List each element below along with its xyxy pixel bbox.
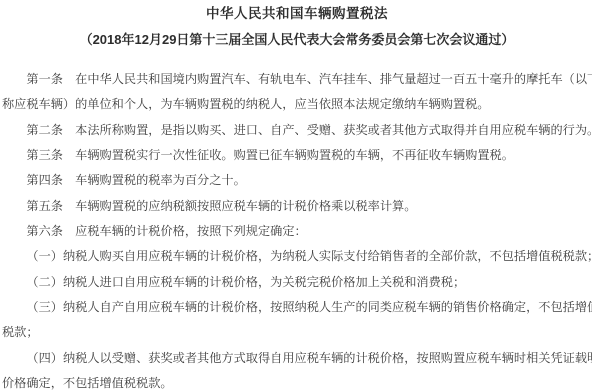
article-line: 第五条 车辆购置税的应纳税额按照应税车辆的计税价格乘以税率计算。	[2, 194, 592, 219]
article-line: （二）纳税人进口自用应税车辆的计税价格，为关税完税价格加上关税和消费税；	[2, 270, 592, 295]
article-line: （一）纳税人购买自用应税车辆的计税价格，为纳税人实际支付给销售者的全部价款，不包…	[2, 244, 592, 269]
document-body: 第一条 在中华人民共和国境内购置汽车、有轨电车、汽车挂车、排气量超过一百五十毫升…	[2, 67, 592, 390]
document-subtitle: （2018年12月29日第十三届全国人民代表大会常务委员会第七次会议通过）	[2, 31, 592, 48]
article-line: 第三条 车辆购置税实行一次性征收。购置已征车辆购置税的车辆，不再征收车辆购置税。	[2, 143, 592, 168]
article-line: 称应税车辆）的单位和个人，为车辆购置税的纳税人，应当依照本法规定缴纳车辆购置税。	[2, 92, 592, 117]
article-line: （四）纳税人以受赠、获奖或者其他方式取得自用应税车辆的计税价格，按照购置应税车辆…	[2, 346, 592, 371]
article-line: 第一条 在中华人民共和国境内购置汽车、有轨电车、汽车挂车、排气量超过一百五十毫升…	[2, 67, 592, 92]
article-line: 第二条 本法所称购置，是指以购买、进口、自产、受赠、获奖或者其他方式取得并自用应…	[2, 118, 592, 143]
article-line: （三）纳税人自产自用应税车辆的计税价格，按照纳税人生产的同类应税车辆的销售价格确…	[2, 295, 592, 320]
law-document-page: 中华人民共和国车辆购置税法 （2018年12月29日第十三届全国人民代表大会常务…	[0, 0, 600, 390]
document-title: 中华人民共和国车辆购置税法	[2, 5, 592, 22]
article-line: 价格确定，不包括增值税税款。	[2, 371, 592, 390]
article-line: 第四条 车辆购置税的税率为百分之十。	[2, 168, 592, 193]
article-line: 第六条 应税车辆的计税价格，按照下列规定确定：	[2, 219, 592, 244]
article-line: 税款；	[2, 320, 592, 345]
